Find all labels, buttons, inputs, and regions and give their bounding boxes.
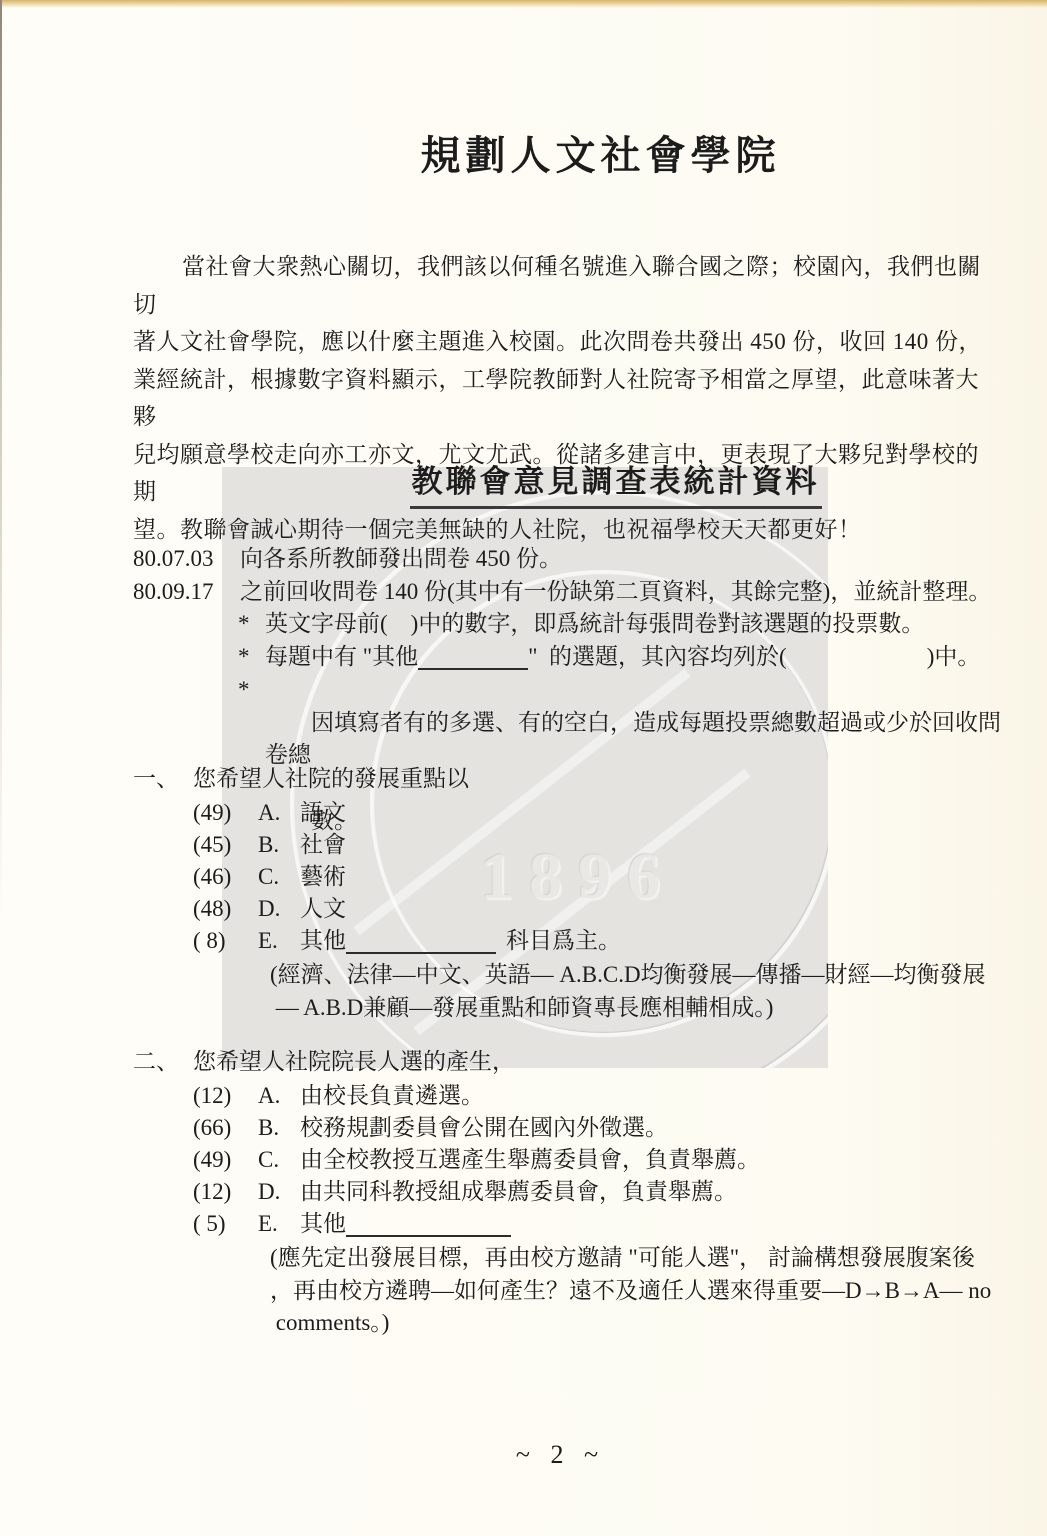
page-top-scan-edge [0, 0, 1047, 8]
question-number: 二、 [133, 1045, 193, 1078]
option-letter: A. [258, 1080, 300, 1112]
page-left-scan-edge [0, 0, 2, 1536]
option-text: 校務規劃委員會公開在國內外徵選。 [300, 1112, 668, 1144]
vote-count: (45) [193, 829, 258, 861]
option-row: (12) D. 由共同科教授組成舉薦委員會，負責舉薦。 [193, 1176, 1013, 1208]
option-text: 其他科目爲主。 [300, 925, 621, 957]
question-title: 您希望人社院院長人選的產生， [193, 1045, 515, 1078]
question-2-comments: (應先定出發展目標，再由校方邀請 "可能人選"， 討論構想發展腹案後 ，再由校方… [270, 1242, 1013, 1340]
option-text: 社會 [300, 829, 346, 861]
question-1: 一、 您希望人社院的發展重點以 (49) A. 語文 (45) B. 社會 (4… [133, 762, 1013, 1024]
option-letter: A. [258, 797, 300, 829]
question-1-comments: (經濟、法律—中文、英語— A.B.C.D均衡發展—傳播—財經—均衡發展 — A… [270, 959, 1013, 1024]
option-row: (45) B. 社會 [193, 829, 1013, 861]
option-letter: D. [258, 893, 300, 925]
scanned-document-page: 1896 規劃人文社會學院 當社會大衆熱心關切，我們該以何種名號進入聯合國之際；… [0, 0, 1047, 1536]
vote-count: (48) [193, 893, 258, 925]
blank-space [787, 654, 927, 664]
option-letter: E. [258, 1208, 300, 1240]
question-number: 一、 [133, 762, 193, 795]
option-text: 語文 [300, 797, 346, 829]
blank-underline [346, 932, 496, 954]
section-title-wrap: 教聯會意見調查表統計資料 [92, 456, 1047, 509]
option-row: (49) C. 由全校教授互選產生舉薦委員會，負責舉薦。 [193, 1144, 1013, 1176]
option-letter: C. [258, 1144, 300, 1176]
option-letter: C. [258, 861, 300, 893]
blank-underline [418, 648, 528, 670]
page-number: ~ 2 ~ [37, 1440, 1047, 1470]
intro-line: 著人文社會學院，應以什麼主題進入校園。此次問卷共發出 450 份，收回 140 … [133, 323, 1001, 361]
option-text-other: 其他 [300, 928, 346, 953]
vote-count: (12) [193, 1080, 258, 1112]
option-letter: B. [258, 1112, 300, 1144]
blank-underline [346, 1215, 511, 1237]
comment-line: comments。) [270, 1307, 1013, 1340]
vote-count: (66) [193, 1112, 258, 1144]
option-row: (46) C. 藝術 [193, 861, 1013, 893]
option-row: ( 8) E. 其他科目爲主。 [193, 925, 1013, 957]
option-text: 由校長負責遴選。 [300, 1080, 484, 1112]
note-bullet: * 英文字母前( )中的數字，即爲統計每張問卷對該選題的投票數。 [238, 608, 1013, 641]
stat-row: 80.09.17 之前回收問卷 140 份(其中有一份缺第二頁資料，其餘完整)，… [133, 576, 1013, 609]
comment-line: — A.B.D兼顧—發展重點和師資專長應相輔相成。) [270, 992, 1013, 1025]
option-letter: D. [258, 1176, 300, 1208]
option-text: 藝術 [300, 861, 346, 893]
note-text: 每題中有 "其他" 的選題，其內容均列於()中。 [265, 641, 980, 674]
vote-count: (46) [193, 861, 258, 893]
option-row: (12) A. 由校長負責遴選。 [193, 1080, 1013, 1112]
stat-text: 向各系所教師發出問卷 450 份。 [240, 543, 562, 576]
option-text-other: 其他 [300, 1211, 346, 1236]
stat-row: 80.07.03 向各系所教師發出問卷 450 份。 [133, 543, 1013, 576]
option-text: 由全校教授互選產生舉薦委員會，負責舉薦。 [300, 1144, 760, 1176]
vote-count: (49) [193, 1144, 258, 1176]
question-title: 您希望人社院的發展重點以 [193, 762, 469, 795]
comment-line: (經濟、法律—中文、英語— A.B.C.D均衡發展—傳播—財經—均衡發展 [270, 959, 1013, 992]
note-bullet: * 每題中有 "其他" 的選題，其內容均列於()中。 [238, 641, 1013, 674]
option-row: (49) A. 語文 [193, 797, 1013, 829]
page-title: 規劃人文社會學院 [77, 124, 1047, 181]
question-2: 二、 您希望人社院院長人選的產生， (12) A. 由校長負責遴選。 (66) … [133, 1045, 1013, 1340]
asterisk-marker: * [238, 641, 265, 674]
option-text: 由共同科教授組成舉薦委員會，負責舉薦。 [300, 1176, 737, 1208]
option-letter: E. [258, 925, 300, 957]
note-text-pre: 每題中有 "其他 [265, 644, 418, 669]
asterisk-marker: * [238, 608, 265, 641]
comment-line: ，再由校方遴聘—如何產生？遠不及適任人選來得重要—D→B→A— no [270, 1275, 1013, 1308]
question-1-heading: 一、 您希望人社院的發展重點以 [133, 762, 1013, 795]
note-text-post: )中。 [927, 644, 981, 669]
comment-line: (應先定出發展目標，再由校方邀請 "可能人選"， 討論構想發展腹案後 [270, 1242, 1013, 1275]
option-text: 人文 [300, 893, 346, 925]
intro-line: 當社會大衆熱心關切，我們該以何種名號進入聯合國之際；校園內，我們也關切 [133, 248, 1001, 323]
note-text: 英文字母前( )中的數字，即爲統計每張問卷對該選題的投票數。 [265, 608, 924, 641]
stat-date: 80.09.17 [133, 576, 240, 609]
option-row: (66) B. 校務規劃委員會公開在國內外徵選。 [193, 1112, 1013, 1144]
option-row: (48) D. 人文 [193, 893, 1013, 925]
question-2-heading: 二、 您希望人社院院長人選的產生， [133, 1045, 1013, 1078]
vote-count: ( 5) [193, 1208, 258, 1240]
note-text-mid: " 的選題，其內容均列於( [528, 644, 787, 669]
option-text-suffix: 科目爲主。 [506, 928, 621, 953]
vote-count: (12) [193, 1176, 258, 1208]
stat-text: 之前回收問卷 140 份(其中有一份缺第二頁資料，其餘完整)，並統計整理。 [240, 576, 991, 609]
intro-line: 業經統計，根據數字資料顯示，工學院教師對人社院寄予相當之厚望，此意味著大夥 [133, 361, 1001, 436]
option-text: 其他 [300, 1208, 511, 1240]
note-line: 因填寫者有的多選、有的空白，造成每題投票總數超過或少於回收問卷總 [265, 710, 1001, 768]
option-letter: B. [258, 829, 300, 861]
vote-count: ( 8) [193, 925, 258, 957]
vote-count: (49) [193, 797, 258, 829]
stat-date: 80.07.03 [133, 543, 240, 576]
section-title: 教聯會意見調查表統計資料 [410, 456, 822, 509]
option-row: ( 5) E. 其他 [193, 1208, 1013, 1240]
